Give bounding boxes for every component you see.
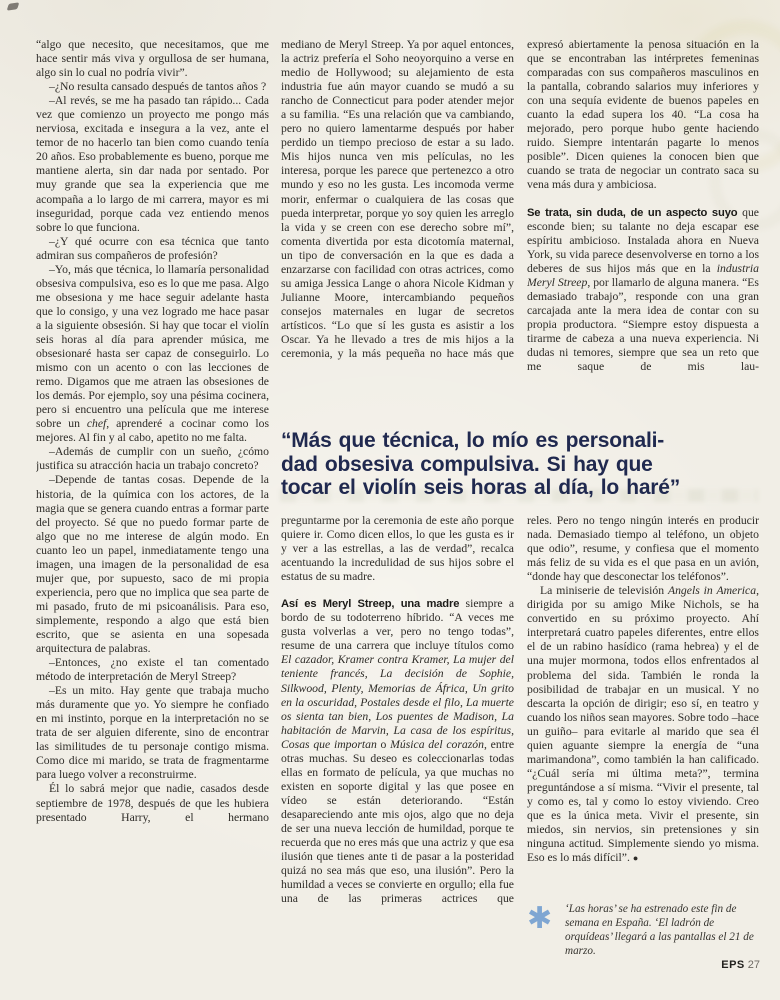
paragraph: –¿Y qué ocurre con esa técnica que tanto… bbox=[36, 235, 269, 263]
paragraph: –Entonces, ¿no existe el tan comentado m… bbox=[36, 656, 269, 684]
asterisk-icon: ✱ bbox=[527, 904, 565, 934]
body-text: expresó abiertamente la penosa situación… bbox=[527, 38, 759, 191]
italic-text: El cazador, Kramer contra Kramer, La muj… bbox=[281, 653, 514, 750]
magazine-page: “algo que necesito, que necesitamos, que… bbox=[0, 0, 780, 1000]
pull-quote: “Más que técnica, lo mío es personali-da… bbox=[281, 429, 765, 500]
footnote-text: ‘Las horas’ se ha estrenado este fin de … bbox=[565, 902, 761, 958]
paragraph: –Además de cumplir con un sueño, ¿cómo j… bbox=[36, 445, 269, 473]
paragraph: –Depende de tantas cosas. Depende de la … bbox=[36, 473, 269, 656]
quote-line: dad obsesiva compulsiva. Si hay que bbox=[281, 453, 765, 477]
paragraph: Él lo sabrá mejor que nadie, casados des… bbox=[36, 782, 269, 824]
paragraph: –Es un mito. Hay gente que trabaja mucho… bbox=[36, 684, 269, 782]
italic-text: chef bbox=[87, 417, 106, 430]
body-text: , por llamarlo de alguna manera. “Es dem… bbox=[527, 276, 759, 373]
print-artifact-corner bbox=[7, 2, 20, 10]
body-text: –Es un mito. Hay gente que trabaja mucho… bbox=[36, 684, 269, 781]
body-text: –¿Y qué ocurre con esa técnica que tanto… bbox=[36, 235, 269, 262]
body-text: ● bbox=[633, 853, 638, 863]
body-text: preguntarme por la ceremonia de este año… bbox=[281, 514, 514, 583]
paragraph: Se trata, sin duda, de un aspecto suyo q… bbox=[527, 206, 759, 375]
paragraph: reles. Pero no tengo ningún interés en p… bbox=[527, 514, 759, 584]
body-text: mediano de Meryl Streep. Ya por aquel en… bbox=[281, 38, 514, 360]
body-text: –Yo, más que técnica, lo llamaría person… bbox=[36, 263, 269, 431]
paragraph: mediano de Meryl Streep. Ya por aquel en… bbox=[281, 38, 514, 361]
paragraph: –Al revés, se me ha pasado tan rápido...… bbox=[36, 94, 269, 234]
page-number-value: 27 bbox=[748, 959, 760, 971]
article-column-2-upper: mediano de Meryl Streep. Ya por aquel en… bbox=[281, 38, 514, 418]
article-column-3-lower: reles. Pero no tengo ningún interés en p… bbox=[527, 514, 759, 906]
body-text: reles. Pero no tengo ningún interés en p… bbox=[527, 514, 759, 583]
paragraph: Así es Meryl Streep, una madre siempre a… bbox=[281, 597, 514, 906]
paragraph: –¿No resulta cansado después de tantos a… bbox=[36, 80, 269, 94]
body-text: La miniserie de televisión bbox=[540, 584, 668, 597]
body-text: “algo que necesito, que necesitamos, que… bbox=[36, 38, 269, 79]
article-column-3-upper: expresó abiertamente la penosa situación… bbox=[527, 38, 759, 418]
body-text: –Al revés, se me ha pasado tan rápido...… bbox=[36, 94, 269, 233]
magazine-name: EPS bbox=[721, 959, 745, 971]
bold-lead-in: Se trata, sin duda, de un aspecto suyo bbox=[527, 207, 737, 219]
paragraph: preguntarme por la ceremonia de este año… bbox=[281, 514, 514, 584]
bold-lead-in: Así es Meryl Streep, una madre bbox=[281, 598, 459, 610]
footnote: ✱ ‘Las horas’ se ha estrenado este fin d… bbox=[527, 902, 761, 958]
paragraph: La miniserie de televisión Angels in Ame… bbox=[527, 584, 759, 865]
paragraph: –Yo, más que técnica, lo llamaría person… bbox=[36, 263, 269, 446]
body-text: –Además de cumplir con un sueño, ¿cómo j… bbox=[36, 445, 269, 472]
quote-line: tocar el violín seis horas al día, lo ha… bbox=[281, 476, 765, 500]
article-column-2-lower: preguntarme por la ceremonia de este año… bbox=[281, 514, 514, 968]
body-text: o bbox=[377, 738, 390, 751]
body-text: –Depende de tantas cosas. Depende de la … bbox=[36, 473, 269, 655]
body-text: , entre otras muchas. Su deseo es colecc… bbox=[281, 738, 514, 906]
article-column-1: “algo que necesito, que necesitamos, que… bbox=[36, 38, 269, 968]
paragraph: “algo que necesito, que necesitamos, que… bbox=[36, 38, 269, 80]
paragraph: expresó abiertamente la penosa situación… bbox=[527, 38, 759, 193]
body-text: –Entonces, ¿no existe el tan comentado m… bbox=[36, 656, 269, 683]
quote-line: “Más que técnica, lo mío es personali- bbox=[281, 429, 765, 453]
body-text: –¿No resulta cansado después de tantos a… bbox=[49, 80, 266, 93]
italic-text: Música del corazón bbox=[390, 738, 484, 751]
body-text: , dirigida por su amigo Mike Nichols, se… bbox=[527, 584, 759, 864]
page-number: EPS27 bbox=[640, 959, 760, 971]
italic-text: Angels in America bbox=[668, 584, 756, 597]
body-text: Él lo sabrá mejor que nadie, casados des… bbox=[36, 782, 269, 823]
